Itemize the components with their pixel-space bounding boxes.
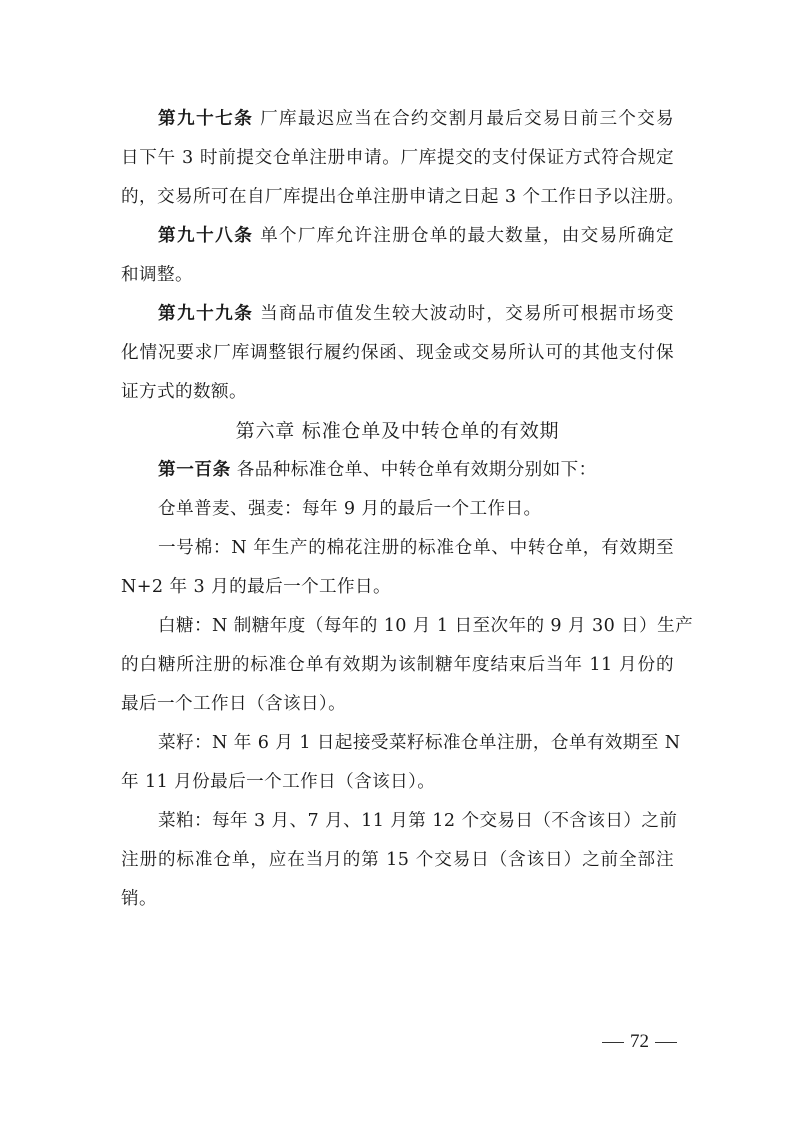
article-98-line-2: 和调整。 xyxy=(121,256,674,295)
chapter-heading: 第六章 标准仓单及中转仓单的有效期 xyxy=(121,412,674,451)
item-wheat: 仓单普麦、强麦：每年 9 月的最后一个工作日。 xyxy=(121,490,674,529)
article-99-line-2: 化情况要求厂库调整银行履约保函、现金或交易所认可的其他支付保 xyxy=(121,334,674,373)
dash-left xyxy=(602,1042,624,1043)
item-rapeseed-line-2: 年 11 月份最后一个工作日（含该日）。 xyxy=(121,763,674,802)
article-97-line-2: 日下午 3 时前提交仓单注册申请。厂库提交的支付保证方式符合规定 xyxy=(121,139,674,178)
item-rapeseed-meal-line-1: 菜粕：每年 3 月、7 月、11 月第 12 个交易日（不含该日）之前 xyxy=(121,802,674,841)
article-99-line-1: 第九十九条 当商品市值发生较大波动时，交易所可根据市场变 xyxy=(121,295,674,334)
article-text: 单个厂库允许注册仓单的最大数量，由交易所确定 xyxy=(260,226,674,246)
article-text: 厂库最迟应当在合约交割月最后交易日前三个交易 xyxy=(260,109,674,129)
article-heading: 第九十七条 xyxy=(158,109,253,129)
item-rapeseed-meal-line-3: 销。 xyxy=(121,880,674,919)
article-heading: 第九十九条 xyxy=(158,304,253,324)
article-text: 当商品市值发生较大波动时，交易所可根据市场变 xyxy=(260,304,674,324)
item-cotton-line-1: 一号棉：N 年生产的棉花注册的标准仓单、中转仓单，有效期至 xyxy=(121,529,674,568)
item-rapeseed-meal-line-2: 注册的标准仓单，应在当月的第 15 个交易日（含该日）之前全部注 xyxy=(121,841,674,880)
article-100-line-1: 第一百条 各品种标准仓单、中转仓单有效期分别如下： xyxy=(121,451,674,490)
page-number: 72 xyxy=(630,1031,649,1052)
item-rapeseed-line-1: 菜籽：N 年 6 月 1 日起接受菜籽标准仓单注册，仓单有效期至 N xyxy=(121,724,674,763)
article-97-line-1: 第九十七条 厂库最迟应当在合约交割月最后交易日前三个交易 xyxy=(121,100,674,139)
article-heading: 第一百条 xyxy=(158,460,231,480)
page-footer: 72 xyxy=(596,1031,683,1053)
item-sugar-line-2: 的白糖所注册的标准仓单有效期为该制糖年度结束后当年 11 月份的 xyxy=(121,646,674,685)
article-99-line-3: 证方式的数额。 xyxy=(121,373,674,412)
article-text: 各品种标准仓单、中转仓单有效期分别如下： xyxy=(237,460,597,480)
item-cotton-line-2: N+2 年 3 月的最后一个工作日。 xyxy=(121,568,674,607)
article-heading: 第九十八条 xyxy=(158,226,253,246)
item-sugar-line-1: 白糖：N 制糖年度（每年的 10 月 1 日至次年的 9 月 30 日）生产 xyxy=(121,607,674,646)
article-97-line-3: 的，交易所可在自厂库提出仓单注册申请之日起 3 个工作日予以注册。 xyxy=(121,178,674,217)
article-98-line-1: 第九十八条 单个厂库允许注册仓单的最大数量，由交易所确定 xyxy=(121,217,674,256)
document-page: 第九十七条 厂库最迟应当在合约交割月最后交易日前三个交易 日下午 3 时前提交仓… xyxy=(121,100,674,919)
dash-right xyxy=(655,1042,677,1043)
item-sugar-line-3: 最后一个工作日（含该日）。 xyxy=(121,685,674,724)
